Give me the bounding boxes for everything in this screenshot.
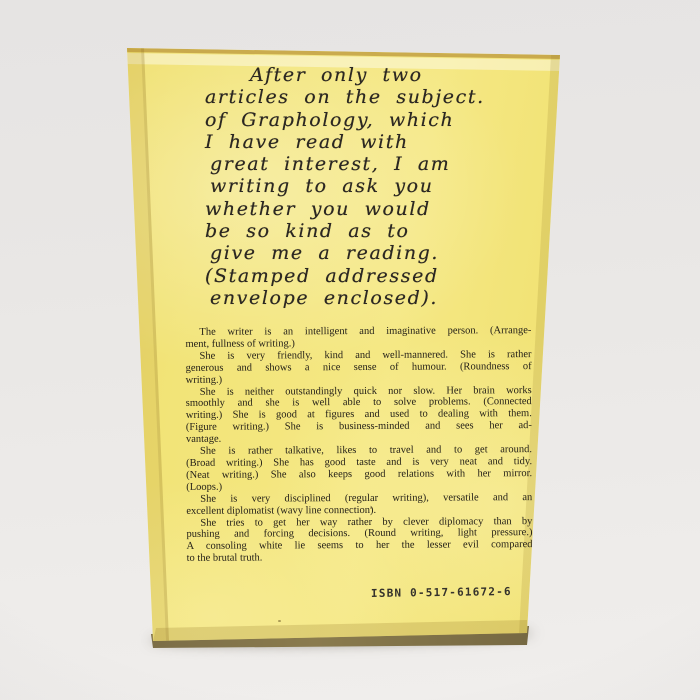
handwriting-line-6: writing to ask you [196,175,512,197]
handwriting-line-7: whether you would [196,198,512,220]
handwritten-note: After only twoarticles on the subject.of… [196,64,512,309]
printed-blurb: The writer is an intelligent and imagina… [185,325,532,565]
blurb-p3-line4: (Figure writing.) She is business-minded… [186,420,532,434]
blurb-p4-line3: (Neat writing.) She also keeps good rela… [186,468,532,482]
paper-speck [278,620,281,622]
handwriting-line-11: envelope enclosed). [196,287,512,309]
handwriting-line-10: (Stamped addressed [196,265,512,287]
blurb-p6-line3: A consoling white lie seems to her the l… [187,539,533,553]
handwriting-line-5: great interest, I am [196,153,512,175]
handwriting-line-2: articles on the subject. [196,86,512,108]
handwriting-line-9: give me a reading. [196,242,512,264]
blurb-p2-line2: generous and shows a nice sense of humou… [186,361,532,375]
handwriting-line-3: of Graphology, which [196,109,512,131]
handwriting-line-8: be so kind as to [196,220,512,242]
photo-backdrop: After only twoarticles on the subject.of… [0,0,700,700]
handwriting-line-4: I have read with [196,131,512,153]
blurb-p5-line1: She is very disciplined (regular writing… [186,492,532,506]
blurb-p1-line1: The writer is an intelligent and imagina… [185,325,531,339]
blurb-p6-line4: to the brutal truth. [187,551,533,565]
handwriting-line-1: After only two [196,64,512,86]
isbn-text: ISBN 0-517-61672-6 [371,585,512,600]
book-back-cover: After only twoarticles on the subject.of… [0,0,700,700]
